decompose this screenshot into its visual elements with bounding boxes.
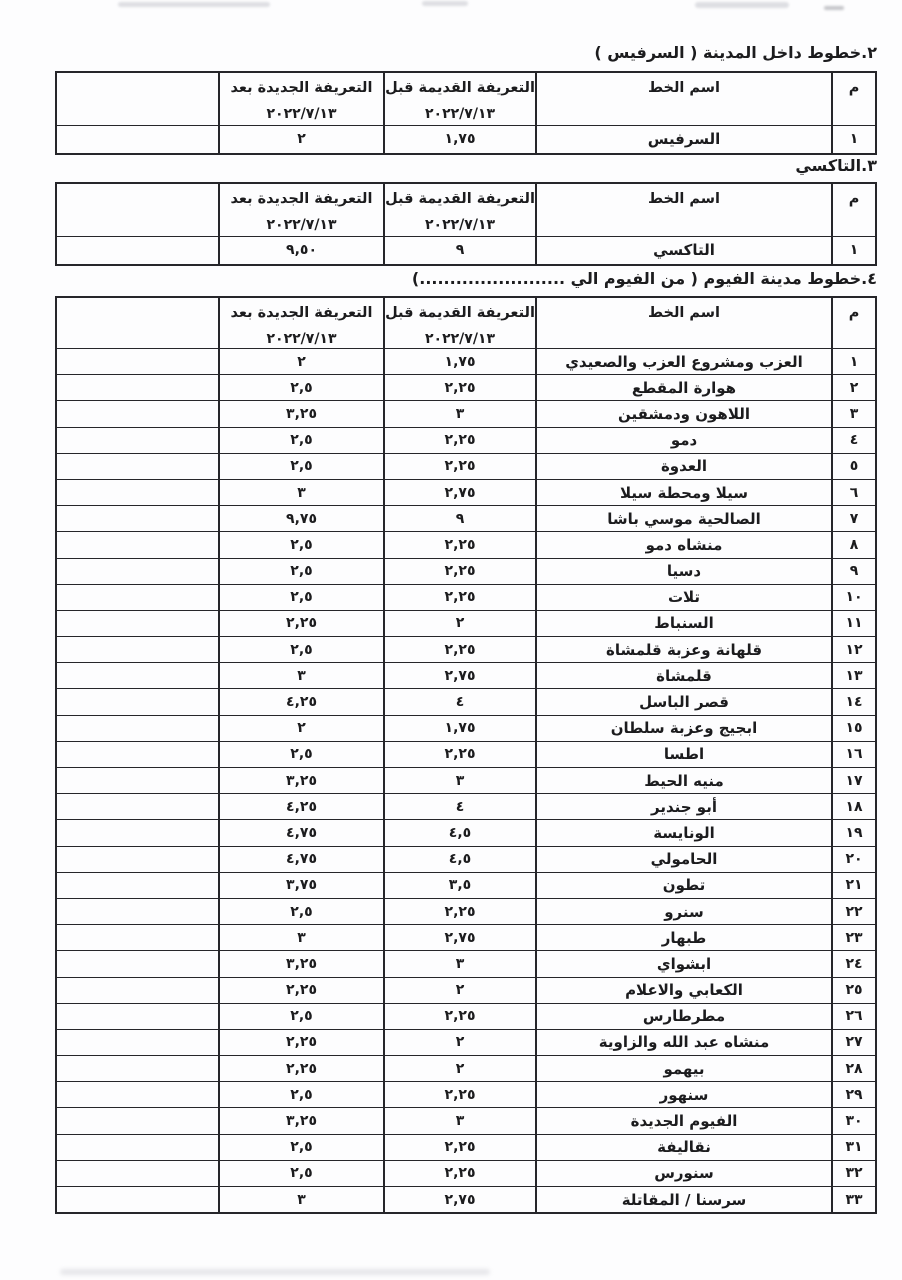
new-tariff-cell: ٢,٥ bbox=[218, 375, 383, 400]
line-name-cell: تلات bbox=[535, 585, 831, 610]
new-tariff-cell: ٣,٧٥ bbox=[218, 873, 383, 898]
extra-cell bbox=[57, 1187, 218, 1212]
new-tariff-cell: ٢,٥ bbox=[218, 428, 383, 453]
section-fayoum-city-lines-title: ٤.خطوط مدينة الفيوم ( من الفيوم الي ....… bbox=[412, 268, 877, 290]
table-row: ٢٢سنرو٢,٢٥٢,٥ bbox=[57, 898, 875, 924]
scanned-document-page: ٢.خطوط داخل المدينة ( السرفيس ) ماسم الخ… bbox=[0, 0, 902, 1280]
table-row: ٣اللاهون ودمشقين٣٣,٢٥ bbox=[57, 400, 875, 426]
line-name-cell: العدوة bbox=[535, 454, 831, 479]
row-index-cell: ١ bbox=[831, 237, 875, 264]
old-tariff-cell: ٢ bbox=[383, 1030, 535, 1055]
scan-artifact bbox=[118, 2, 270, 7]
line-name-cell: الحامولي bbox=[535, 847, 831, 872]
table-row: ٢٦مطرطارس٢,٢٥٢,٥ bbox=[57, 1003, 875, 1029]
table-row: ٤دمو٢,٢٥٢,٥ bbox=[57, 427, 875, 453]
extra-cell bbox=[57, 951, 218, 976]
extra-cell bbox=[57, 663, 218, 688]
table-row: ٨منشاه دمو٢,٢٥٢,٥ bbox=[57, 531, 875, 557]
row-index-cell: ١٣ bbox=[831, 663, 875, 688]
col-header-new-tariff: التعريفة الجديدة بعد٢٠٢٢/٧/١٣ bbox=[218, 184, 383, 236]
row-index-cell: ٧ bbox=[831, 506, 875, 531]
line-name-cell: الكعابي والاعلام bbox=[535, 978, 831, 1003]
row-index-cell: ١ bbox=[831, 349, 875, 374]
table-header-row: ماسم الخطالتعريفة القديمة قبل٢٠٢٢/٧/١٣ال… bbox=[57, 184, 875, 236]
table-row: ١٨أبو جندير٤٤,٢٥ bbox=[57, 793, 875, 819]
extra-cell bbox=[57, 349, 218, 374]
row-index-cell: ١٤ bbox=[831, 689, 875, 714]
extra-cell bbox=[57, 742, 218, 767]
table-row: ٣٢سنورس٢,٢٥٢,٥ bbox=[57, 1160, 875, 1186]
line-name-cell: السرفيس bbox=[535, 126, 831, 153]
table-row: ٦سيلا ومحطة سيلا٢,٧٥٣ bbox=[57, 479, 875, 505]
line-name-cell: اطسا bbox=[535, 742, 831, 767]
table-row: ٢٥الكعابي والاعلام٢٢,٢٥ bbox=[57, 977, 875, 1003]
extra-cell bbox=[57, 689, 218, 714]
line-name-cell: منيه الحيط bbox=[535, 768, 831, 793]
extra-cell bbox=[57, 847, 218, 872]
line-name-cell: بيهمو bbox=[535, 1056, 831, 1081]
new-tariff-cell: ٢,٥ bbox=[218, 1135, 383, 1160]
table-row: ١٣قلمشاة٢,٧٥٣ bbox=[57, 662, 875, 688]
old-tariff-cell: ١,٧٥ bbox=[383, 126, 535, 153]
old-tariff-cell: ٢,٢٥ bbox=[383, 1161, 535, 1186]
row-index-cell: ٢٨ bbox=[831, 1056, 875, 1081]
row-index-cell: ٢١ bbox=[831, 873, 875, 898]
extra-cell bbox=[57, 237, 218, 264]
extra-cell bbox=[57, 768, 218, 793]
row-index-cell: ٢٣ bbox=[831, 925, 875, 950]
old-tariff-cell: ٢,٢٥ bbox=[383, 559, 535, 584]
col-header-old-tariff: التعريفة القديمة قبل٢٠٢٢/٧/١٣ bbox=[383, 298, 535, 348]
old-tariff-cell: ٢,٧٥ bbox=[383, 663, 535, 688]
old-tariff-cell: ٢ bbox=[383, 978, 535, 1003]
extra-cell bbox=[57, 454, 218, 479]
col-header-line-name-label: اسم الخط bbox=[648, 79, 720, 98]
row-index-cell: ٥ bbox=[831, 454, 875, 479]
old-tariff-cell: ١,٧٥ bbox=[383, 349, 535, 374]
row-index-cell: ٣٣ bbox=[831, 1187, 875, 1212]
row-index-cell: ٣٢ bbox=[831, 1161, 875, 1186]
table-row: ١السرفيس١,٧٥٢ bbox=[57, 125, 875, 153]
table-row: ١٧منيه الحيط٣٣,٢٥ bbox=[57, 767, 875, 793]
line-name-cell: منشاه دمو bbox=[535, 532, 831, 557]
extra-cell bbox=[57, 375, 218, 400]
col-header-new-tariff-line2: ٢٠٢٢/٧/١٣ bbox=[266, 105, 336, 123]
new-tariff-cell: ٤,٧٥ bbox=[218, 820, 383, 845]
taxi-tariff-table: ماسم الخطالتعريفة القديمة قبل٢٠٢٢/٧/١٣ال… bbox=[55, 182, 877, 266]
row-index-cell: ١ bbox=[831, 126, 875, 153]
row-index-cell: ١٧ bbox=[831, 768, 875, 793]
new-tariff-cell: ٤,٧٥ bbox=[218, 847, 383, 872]
col-header-index-label: م bbox=[849, 190, 860, 209]
extra-cell bbox=[57, 820, 218, 845]
new-tariff-cell: ٢,٥ bbox=[218, 742, 383, 767]
new-tariff-cell: ٢ bbox=[218, 126, 383, 153]
extra-cell bbox=[57, 794, 218, 819]
old-tariff-cell: ٣ bbox=[383, 768, 535, 793]
line-name-cell: الصالحية موسي باشا bbox=[535, 506, 831, 531]
line-name-cell: منشاه عبد الله والزاوية bbox=[535, 1030, 831, 1055]
table-row: ٢٠الحامولي٤,٥٤,٧٥ bbox=[57, 846, 875, 872]
old-tariff-cell: ٢,٢٥ bbox=[383, 1004, 535, 1029]
old-tariff-cell: ٢,٢٥ bbox=[383, 1135, 535, 1160]
new-tariff-cell: ٩,٧٥ bbox=[218, 506, 383, 531]
col-header-new-tariff: التعريفة الجديدة بعد٢٠٢٢/٧/١٣ bbox=[218, 298, 383, 348]
col-header-extra bbox=[57, 184, 218, 236]
scan-artifact bbox=[422, 1, 468, 6]
extra-cell bbox=[57, 1135, 218, 1160]
col-header-line-name-label: اسم الخط bbox=[648, 190, 720, 209]
col-header-new-tariff: التعريفة الجديدة بعد٢٠٢٢/٧/١٣ bbox=[218, 73, 383, 125]
line-name-cell: هوارة المقطع bbox=[535, 375, 831, 400]
table-row: ١العزب ومشروع العزب والصعيدي١,٧٥٢ bbox=[57, 348, 875, 374]
row-index-cell: ٦ bbox=[831, 480, 875, 505]
line-name-cell: سنرو bbox=[535, 899, 831, 924]
new-tariff-cell: ٢,٥ bbox=[218, 454, 383, 479]
col-header-extra bbox=[57, 73, 218, 125]
col-header-new-tariff-line1: التعريفة الجديدة بعد bbox=[231, 304, 373, 323]
fayoum-city-lines-tariff-table: ماسم الخطالتعريفة القديمة قبل٢٠٢٢/٧/١٣ال… bbox=[55, 296, 877, 1214]
new-tariff-cell: ٣,٢٥ bbox=[218, 951, 383, 976]
col-header-index: م bbox=[831, 184, 875, 236]
row-index-cell: ٢٧ bbox=[831, 1030, 875, 1055]
new-tariff-cell: ٢,٢٥ bbox=[218, 1056, 383, 1081]
line-name-cell: الفيوم الجديدة bbox=[535, 1108, 831, 1133]
old-tariff-cell: ٢,٧٥ bbox=[383, 925, 535, 950]
col-header-old-tariff-line2: ٢٠٢٢/٧/١٣ bbox=[425, 330, 495, 348]
col-header-new-tariff-line1: التعريفة الجديدة بعد bbox=[231, 190, 373, 209]
col-header-old-tariff: التعريفة القديمة قبل٢٠٢٢/٧/١٣ bbox=[383, 73, 535, 125]
extra-cell bbox=[57, 1056, 218, 1081]
extra-cell bbox=[57, 1004, 218, 1029]
new-tariff-cell: ٢,٢٥ bbox=[218, 1030, 383, 1055]
row-index-cell: ٤ bbox=[831, 428, 875, 453]
col-header-new-tariff-line2: ٢٠٢٢/٧/١٣ bbox=[266, 216, 336, 234]
new-tariff-cell: ٣ bbox=[218, 480, 383, 505]
old-tariff-cell: ٣ bbox=[383, 401, 535, 426]
new-tariff-cell: ٢,٥ bbox=[218, 899, 383, 924]
table-row: ٢٤ابشواي٣٣,٢٥ bbox=[57, 950, 875, 976]
col-header-old-tariff-line1: التعريفة القديمة قبل bbox=[385, 304, 535, 323]
table-row: ٣٣سرسنا / المقاتلة٢,٧٥٣ bbox=[57, 1186, 875, 1212]
row-index-cell: ١٩ bbox=[831, 820, 875, 845]
extra-cell bbox=[57, 925, 218, 950]
old-tariff-cell: ٢,٢٥ bbox=[383, 585, 535, 610]
old-tariff-cell: ٤,٥ bbox=[383, 847, 535, 872]
line-name-cell: دمو bbox=[535, 428, 831, 453]
line-name-cell: تطون bbox=[535, 873, 831, 898]
old-tariff-cell: ٣ bbox=[383, 1108, 535, 1133]
extra-cell bbox=[57, 401, 218, 426]
extra-cell bbox=[57, 611, 218, 636]
extra-cell bbox=[57, 480, 218, 505]
old-tariff-cell: ٩ bbox=[383, 506, 535, 531]
table-row: ١٩الونايسة٤,٥٤,٧٥ bbox=[57, 819, 875, 845]
old-tariff-cell: ٣ bbox=[383, 951, 535, 976]
old-tariff-cell: ٣,٥ bbox=[383, 873, 535, 898]
row-index-cell: ٩ bbox=[831, 559, 875, 584]
extra-cell bbox=[57, 585, 218, 610]
line-name-cell: قلمشاة bbox=[535, 663, 831, 688]
col-header-index: م bbox=[831, 73, 875, 125]
row-index-cell: ٢٠ bbox=[831, 847, 875, 872]
extra-cell bbox=[57, 532, 218, 557]
line-name-cell: نقاليفة bbox=[535, 1135, 831, 1160]
extra-cell bbox=[57, 899, 218, 924]
table-row: ٣١نقاليفة٢,٢٥٢,٥ bbox=[57, 1134, 875, 1160]
line-name-cell: مطرطارس bbox=[535, 1004, 831, 1029]
col-header-line-name: اسم الخط bbox=[535, 298, 831, 348]
line-name-cell: أبو جندير bbox=[535, 794, 831, 819]
old-tariff-cell: ٢,٧٥ bbox=[383, 480, 535, 505]
table-row: ١٢قلهانة وعزبة قلمشاة٢,٢٥٢,٥ bbox=[57, 636, 875, 662]
row-index-cell: ١٥ bbox=[831, 716, 875, 741]
extra-cell bbox=[57, 873, 218, 898]
new-tariff-cell: ٣ bbox=[218, 663, 383, 688]
extra-cell bbox=[57, 126, 218, 153]
col-header-line-name: اسم الخط bbox=[535, 73, 831, 125]
col-header-index: م bbox=[831, 298, 875, 348]
row-index-cell: ٢ bbox=[831, 375, 875, 400]
section-taxi-title: ٣.التاكسي bbox=[795, 155, 877, 177]
new-tariff-cell: ٣ bbox=[218, 925, 383, 950]
row-index-cell: ٨ bbox=[831, 532, 875, 557]
col-header-line-name-label: اسم الخط bbox=[648, 304, 720, 323]
scan-artifact bbox=[60, 1269, 490, 1275]
table-row: ١٥ابجيج وعزبة سلطان١,٧٥٢ bbox=[57, 715, 875, 741]
col-header-line-name: اسم الخط bbox=[535, 184, 831, 236]
old-tariff-cell: ٩ bbox=[383, 237, 535, 264]
row-index-cell: ٢٦ bbox=[831, 1004, 875, 1029]
new-tariff-cell: ٢,٥ bbox=[218, 637, 383, 662]
table-row: ٢٨بيهمو٢٢,٢٥ bbox=[57, 1055, 875, 1081]
new-tariff-cell: ٢,٥ bbox=[218, 585, 383, 610]
new-tariff-cell: ٢,٢٥ bbox=[218, 611, 383, 636]
line-name-cell: ابشواي bbox=[535, 951, 831, 976]
old-tariff-cell: ٢,٢٥ bbox=[383, 428, 535, 453]
table-row: ٢١تطون٣,٥٣,٧٥ bbox=[57, 872, 875, 898]
old-tariff-cell: ٢,٧٥ bbox=[383, 1187, 535, 1212]
line-name-cell: طبهار bbox=[535, 925, 831, 950]
col-header-new-tariff-line2: ٢٠٢٢/٧/١٣ bbox=[266, 330, 336, 348]
old-tariff-cell: ٤,٥ bbox=[383, 820, 535, 845]
col-header-old-tariff: التعريفة القديمة قبل٢٠٢٢/٧/١٣ bbox=[383, 184, 535, 236]
old-tariff-cell: ١,٧٥ bbox=[383, 716, 535, 741]
extra-cell bbox=[57, 1082, 218, 1107]
old-tariff-cell: ٢,٢٥ bbox=[383, 1082, 535, 1107]
new-tariff-cell: ٣ bbox=[218, 1187, 383, 1212]
table-row: ٥العدوة٢,٢٥٢,٥ bbox=[57, 453, 875, 479]
old-tariff-cell: ٤ bbox=[383, 689, 535, 714]
col-header-index-label: م bbox=[849, 79, 860, 98]
new-tariff-cell: ٣,٢٥ bbox=[218, 768, 383, 793]
new-tariff-cell: ٣,٢٥ bbox=[218, 1108, 383, 1133]
col-header-old-tariff-line1: التعريفة القديمة قبل bbox=[385, 190, 535, 209]
row-index-cell: ١٨ bbox=[831, 794, 875, 819]
row-index-cell: ١٦ bbox=[831, 742, 875, 767]
old-tariff-cell: ٢,٢٥ bbox=[383, 742, 535, 767]
table-row: ١٦اطسا٢,٢٥٢,٥ bbox=[57, 741, 875, 767]
table-row: ١التاكسي٩٩,٥٠ bbox=[57, 236, 875, 264]
row-index-cell: ٢٩ bbox=[831, 1082, 875, 1107]
old-tariff-cell: ٢ bbox=[383, 611, 535, 636]
old-tariff-cell: ٢,٢٥ bbox=[383, 637, 535, 662]
extra-cell bbox=[57, 716, 218, 741]
new-tariff-cell: ٢,٥ bbox=[218, 532, 383, 557]
extra-cell bbox=[57, 1161, 218, 1186]
line-name-cell: السنباط bbox=[535, 611, 831, 636]
line-name-cell: سنورس bbox=[535, 1161, 831, 1186]
extra-cell bbox=[57, 978, 218, 1003]
col-header-index-label: م bbox=[849, 304, 860, 323]
col-header-old-tariff-line2: ٢٠٢٢/٧/١٣ bbox=[425, 216, 495, 234]
table-header-row: ماسم الخطالتعريفة القديمة قبل٢٠٢٢/٧/١٣ال… bbox=[57, 298, 875, 348]
row-index-cell: ١١ bbox=[831, 611, 875, 636]
new-tariff-cell: ٢,٥ bbox=[218, 1082, 383, 1107]
table-row: ١٤قصر الباسل٤٤,٢٥ bbox=[57, 688, 875, 714]
col-header-new-tariff-line1: التعريفة الجديدة بعد bbox=[231, 79, 373, 98]
new-tariff-cell: ٢,٥ bbox=[218, 1004, 383, 1029]
new-tariff-cell: ٢,٥ bbox=[218, 559, 383, 584]
table-row: ٩دسيا٢,٢٥٢,٥ bbox=[57, 558, 875, 584]
col-header-old-tariff-line2: ٢٠٢٢/٧/١٣ bbox=[425, 105, 495, 123]
table-row: ١٠تلات٢,٢٥٢,٥ bbox=[57, 584, 875, 610]
col-header-extra bbox=[57, 298, 218, 348]
table-row: ٢٩سنهور٢,٢٥٢,٥ bbox=[57, 1081, 875, 1107]
row-index-cell: ٣٠ bbox=[831, 1108, 875, 1133]
table-header-row: ماسم الخطالتعريفة القديمة قبل٢٠٢٢/٧/١٣ال… bbox=[57, 73, 875, 125]
line-name-cell: ابجيج وعزبة سلطان bbox=[535, 716, 831, 741]
row-index-cell: ٣١ bbox=[831, 1135, 875, 1160]
old-tariff-cell: ٢,٢٥ bbox=[383, 454, 535, 479]
line-name-cell: قصر الباسل bbox=[535, 689, 831, 714]
extra-cell bbox=[57, 428, 218, 453]
new-tariff-cell: ٤,٢٥ bbox=[218, 689, 383, 714]
table-row: ٢٧منشاه عبد الله والزاوية٢٢,٢٥ bbox=[57, 1029, 875, 1055]
old-tariff-cell: ٢,٢٥ bbox=[383, 375, 535, 400]
table-row: ٣٠الفيوم الجديدة٣٣,٢٥ bbox=[57, 1107, 875, 1133]
col-header-old-tariff-line1: التعريفة القديمة قبل bbox=[385, 79, 535, 98]
old-tariff-cell: ٢,٢٥ bbox=[383, 532, 535, 557]
section-city-service-title: ٢.خطوط داخل المدينة ( السرفيس ) bbox=[594, 42, 877, 64]
table-row: ٧الصالحية موسي باشا٩٩,٧٥ bbox=[57, 505, 875, 531]
line-name-cell: التاكسي bbox=[535, 237, 831, 264]
line-name-cell: سرسنا / المقاتلة bbox=[535, 1187, 831, 1212]
table-row: ٢٣طبهار٢,٧٥٣ bbox=[57, 924, 875, 950]
new-tariff-cell: ٤,٢٥ bbox=[218, 794, 383, 819]
new-tariff-cell: ٩,٥٠ bbox=[218, 237, 383, 264]
row-index-cell: ٣ bbox=[831, 401, 875, 426]
new-tariff-cell: ٢,٥ bbox=[218, 1161, 383, 1186]
row-index-cell: ٢٥ bbox=[831, 978, 875, 1003]
row-index-cell: ٢٤ bbox=[831, 951, 875, 976]
scan-artifact bbox=[695, 2, 789, 8]
table-row: ٢هوارة المقطع٢,٢٥٢,٥ bbox=[57, 374, 875, 400]
line-name-cell: سيلا ومحطة سيلا bbox=[535, 480, 831, 505]
old-tariff-cell: ٤ bbox=[383, 794, 535, 819]
row-index-cell: ٢٢ bbox=[831, 899, 875, 924]
extra-cell bbox=[57, 506, 218, 531]
line-name-cell: سنهور bbox=[535, 1082, 831, 1107]
row-index-cell: ١٢ bbox=[831, 637, 875, 662]
extra-cell bbox=[57, 559, 218, 584]
line-name-cell: الونايسة bbox=[535, 820, 831, 845]
new-tariff-cell: ٢,٢٥ bbox=[218, 978, 383, 1003]
line-name-cell: اللاهون ودمشقين bbox=[535, 401, 831, 426]
old-tariff-cell: ٢,٢٥ bbox=[383, 899, 535, 924]
table-row: ١١السنباط٢٢,٢٥ bbox=[57, 610, 875, 636]
old-tariff-cell: ٢ bbox=[383, 1056, 535, 1081]
line-name-cell: العزب ومشروع العزب والصعيدي bbox=[535, 349, 831, 374]
extra-cell bbox=[57, 1108, 218, 1133]
new-tariff-cell: ٢ bbox=[218, 349, 383, 374]
new-tariff-cell: ٣,٢٥ bbox=[218, 401, 383, 426]
extra-cell bbox=[57, 637, 218, 662]
extra-cell bbox=[57, 1030, 218, 1055]
city-service-tariff-table: ماسم الخطالتعريفة القديمة قبل٢٠٢٢/٧/١٣ال… bbox=[55, 71, 877, 155]
scan-artifact bbox=[824, 6, 844, 10]
line-name-cell: دسيا bbox=[535, 559, 831, 584]
line-name-cell: قلهانة وعزبة قلمشاة bbox=[535, 637, 831, 662]
new-tariff-cell: ٢ bbox=[218, 716, 383, 741]
row-index-cell: ١٠ bbox=[831, 585, 875, 610]
